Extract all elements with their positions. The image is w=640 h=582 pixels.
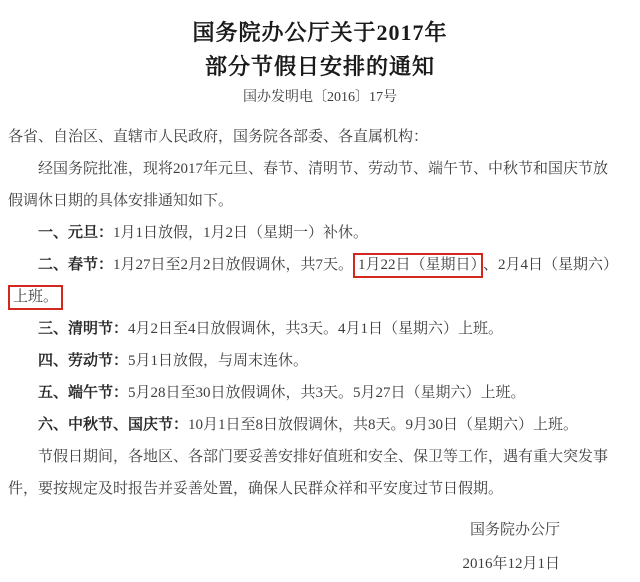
document-number: 国办发明电〔2016〕17号 (8, 87, 632, 109)
salutation-line: 各省、自治区、直辖市人民政府，国务院各部委、各直属机构： (8, 121, 632, 153)
item-text-spring-festival-2: 、2月4日（星期六） (483, 257, 618, 273)
highlight-box-date: 1月22日（星期日） (353, 253, 483, 278)
signature-date: 2016年12月1日 (8, 547, 560, 581)
title-line-2: 部分节假日安排的通知 (8, 50, 632, 84)
highlight-box-work: 上班。 (8, 285, 63, 310)
item-label-qingming: 三、清明节： (38, 321, 128, 337)
holiday-item-spring-festival: 二、春节：1月27日至2月2日放假调休，共7天。1月22日（星期日）、2月4日（… (8, 249, 632, 313)
item-text-new-year: 1月1日放假，1月2日（星期一）补休。 (113, 225, 368, 241)
holiday-item-labor-day: 四、劳动节：5月1日放假，与周末连休。 (8, 345, 632, 377)
document-body: 各省、自治区、直辖市人民政府，国务院各部委、各直属机构： 经国务院批准，现将20… (8, 121, 632, 505)
item-label-dragon-boat: 五、端午节： (38, 385, 128, 401)
holiday-item-qingming: 三、清明节：4月2日至4日放假调休，共3天。4月1日（星期六）上班。 (8, 313, 632, 345)
item-text-spring-festival: 1月27日至2月2日放假调休，共7天。 (113, 257, 353, 273)
title-line-1: 国务院办公厅关于2017年 (8, 16, 632, 50)
item-label-new-year: 一、元旦： (38, 225, 113, 241)
item-text-qingming: 4月2日至4日放假调休，共3天。4月1日（星期六）上班。 (128, 321, 503, 337)
intro-paragraph: 经国务院批准，现将2017年元旦、春节、清明节、劳动节、端午节、中秋节和国庆节放… (8, 153, 632, 217)
closing-paragraph: 节假日期间，各地区、各部门要妥善安排好值班和安全、保卫等工作，遇有重大突发事件，… (8, 441, 632, 505)
signature-block: 国务院办公厅 2016年12月1日 (8, 513, 632, 581)
holiday-item-mid-autumn-national: 六、中秋节、国庆节：10月1日至8日放假调休，共8天。9月30日（星期六）上班。 (8, 409, 632, 441)
intro-line-1: 经国务院批准，现将2017年元旦、春节、清明节、劳动节、端午节、中秋节和国庆节放 (38, 161, 608, 177)
holiday-item-new-year: 一、元旦：1月1日放假，1月2日（星期一）补休。 (8, 217, 632, 249)
item-label-mid-autumn-national: 六、中秋节、国庆节： (38, 417, 188, 433)
intro-line-2: 假调休日期的具体安排通知如下。 (8, 193, 233, 209)
document-title: 国务院办公厅关于2017年部分节假日安排的通知 (8, 16, 632, 84)
closing-line-2: 件，要按规定及时报告并妥善处置，确保人民群众祥和平安度过节日假期。 (8, 481, 503, 497)
item-text-mid-autumn-national: 10月1日至8日放假调休，共8天。9月30日（星期六）上班。 (188, 417, 578, 433)
item-text-dragon-boat: 5月28日至30日放假调休，共3天。5月27日（星期六）上班。 (128, 385, 526, 401)
holiday-item-dragon-boat: 五、端午节：5月28日至30日放假调休，共3天。5月27日（星期六）上班。 (8, 377, 632, 409)
signature-agency: 国务院办公厅 (8, 513, 560, 547)
item-label-labor-day: 四、劳动节： (38, 353, 128, 369)
item-label-spring-festival: 二、春节： (38, 257, 113, 273)
notice-document: 国务院办公厅关于2017年部分节假日安排的通知 国办发明电〔2016〕17号 各… (0, 0, 640, 581)
item-text-labor-day: 5月1日放假，与周末连休。 (128, 353, 308, 369)
closing-line-1: 节假日期间，各地区、各部门要妥善安排好值班和安全、保卫等工作，遇有重大突发事 (38, 449, 608, 465)
